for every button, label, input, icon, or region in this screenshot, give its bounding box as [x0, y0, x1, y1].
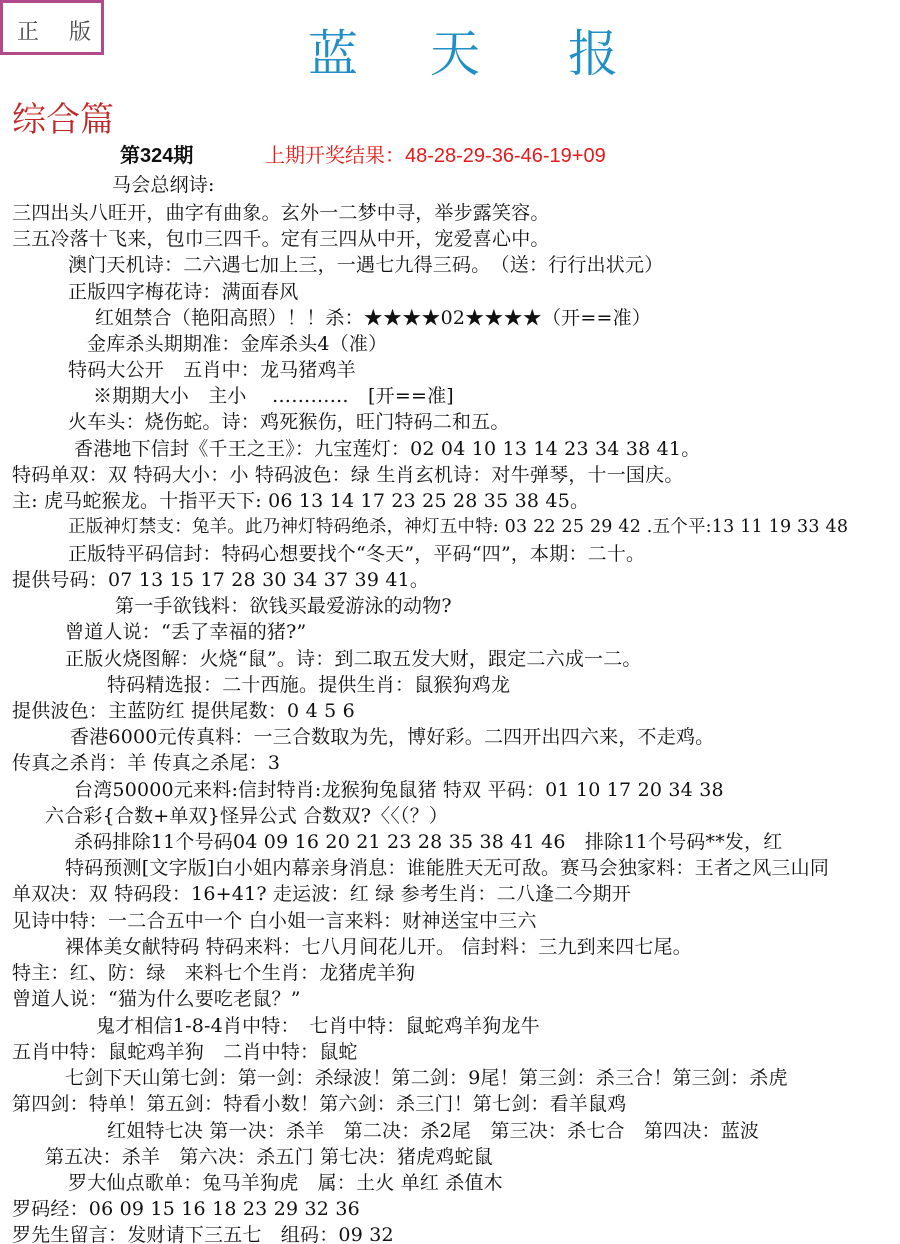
badge-char-1: 正 [17, 15, 39, 46]
text-line: 提供波色：主蓝防红 提供尾数：0 4 5 6 [12, 698, 355, 724]
text-line: 第五决：杀羊 第六决：杀五门 第七决：猪虎鸡蛇鼠 [45, 1144, 493, 1170]
authentic-badge: 正 版 [0, 0, 104, 55]
masthead-char-2: 天 [430, 24, 480, 84]
text-line: 第四剑：特单！第五剑：特看小数！第六剑：杀三门！第七剑：看羊鼠鸡 [12, 1091, 626, 1117]
text-line: 正版火烧图解：火烧“鼠”。诗：到二取五发大财，跟定二六成一二。 [65, 646, 642, 672]
text-line: 正版四字梅花诗：满面春风 [68, 279, 298, 305]
text-line: 曾道人说：“丢了幸福的猪?” [65, 619, 306, 645]
text-line: 正版特平码信封：特码心想要找个“冬天”，平码“四”，本期：二十。 [68, 541, 645, 567]
text-line: 第一手欲钱料：欲钱买最爱游泳的动物? [115, 593, 452, 619]
text-line: 提供号码：07 13 15 17 28 30 34 37 39 41。 [12, 567, 429, 593]
text-line: ※期期大小 主小 ………… [开==准] [93, 383, 454, 409]
text-line: 三五冷落十飞来，包巾三四千。定有三四从中开，宠爱喜心中。 [12, 226, 550, 252]
section-title: 综合篇 [12, 98, 114, 142]
text-line: 火车头：烧伤蛇。诗：鸡死猴伤，旺门特码二和五。 [68, 409, 510, 435]
text-line: 红姐禁合（艳阳高照）！！杀：★★★★02★★★★（开==准） [95, 305, 651, 331]
badge-char-2: 版 [69, 15, 91, 46]
text-line: 鬼才相信1-8-4肖中特： 七肖中特：鼠蛇鸡羊狗龙牛 [96, 1013, 540, 1039]
text-line: 罗先生留言：发财请下三五七 组码：09 32 [12, 1222, 394, 1244]
text-line: 特主：红、防：绿 来料七个生肖：龙猪虎羊狗 [12, 960, 415, 986]
issue-number: 第324期 [120, 142, 193, 170]
masthead-char-1: 蓝 [308, 24, 358, 84]
text-line: 单双决：双 特码段：16+41? 走运波：红 绿 参考生肖：二八逢二今期开 [12, 881, 631, 907]
text-line: 曾道人说：“猫为什么要吃老鼠？” [12, 986, 301, 1012]
text-line: 正版神灯禁支：兔羊。此乃神灯特码绝杀，神灯五中特: 03 22 25 29 42… [68, 514, 848, 540]
text-line: 特码单双：双 特码大小：小 特码波色：绿 生肖玄机诗：对牛弹琴，十一国庆。 [12, 462, 684, 488]
text-line: 金库杀头期期准：金库杀头4（准） [87, 331, 387, 357]
text-line: 红姐特七决 第一决：杀羊 第二决：杀2尾 第三决：杀七合 第四决：蓝波 [107, 1118, 759, 1144]
text-line: 罗大仙点歌单：兔马羊狗虎 属：土火 单红 杀值木 [68, 1170, 503, 1196]
text-line: 主: 虎马蛇猴龙。十指平天下: 06 13 14 17 23 25 28 35 … [12, 488, 589, 514]
text-line: 特码精选报：二十西施。提供生肖：鼠猴狗鸡龙 [107, 672, 510, 698]
text-line: 马会总纲诗: [112, 172, 215, 198]
text-line: 香港6000元传真料：一三合数取为先，博好彩。二四开出四六来，不走鸡。 [70, 724, 714, 750]
text-line: 特码预测[文字版]白小姐内幕亲身消息：谁能胜天无可敌。赛马会独家料：王者之风三山… [65, 855, 829, 881]
text-line: 五肖中特：鼠蛇鸡羊狗 二肖中特：鼠蛇 [12, 1039, 358, 1065]
text-line: 传真之杀肖：羊 传真之杀尾：3 [12, 750, 280, 776]
text-line: 香港地下信封《千王之王》：九宝莲灯：02 04 10 13 14 23 34 3… [74, 436, 700, 462]
text-line: 见诗中特：一二合五中一个 白小姐一言来料：财神送宝中三六 [12, 908, 537, 934]
text-line: 特码大公开 五肖中：龙马猪鸡羊 [68, 357, 356, 383]
text-line: 罗码经：06 09 15 16 18 23 29 32 36 [12, 1196, 360, 1222]
text-line: 六合彩{合数+单双}怪异公式 合数双?〈〈（？） [45, 803, 448, 829]
text-line: 澳门天机诗：二六遇七加上三，一遇七九得三码。 （送：行行出状元） [68, 252, 663, 278]
text-line: 七剑下天山第七剑：第一剑：杀绿波！第二剑：9尾！第三剑：杀三合！第三剑：杀虎 [65, 1065, 788, 1091]
text-line: 台湾50000元来料:信封特肖:龙猴狗兔鼠猪 特双 平码：01 10 17 20… [74, 777, 724, 803]
text-line: 裸体美女献特码 特码来料：七八月间花儿开。 信封料：三九到来四七尾。 [65, 934, 692, 960]
masthead-char-3: 报 [568, 24, 618, 84]
last-draw-result: 上期开奖结果：48-28-29-36-46-19+09 [265, 142, 606, 170]
text-line: 三四出头八旺开，曲字有曲象。玄外一二梦中寻，举步露笑容。 [12, 200, 550, 226]
text-line: 杀码排除11个号码04 09 16 20 21 23 28 35 38 41 4… [74, 829, 783, 855]
newspaper-masthead: 蓝 天 报 [300, 24, 640, 84]
